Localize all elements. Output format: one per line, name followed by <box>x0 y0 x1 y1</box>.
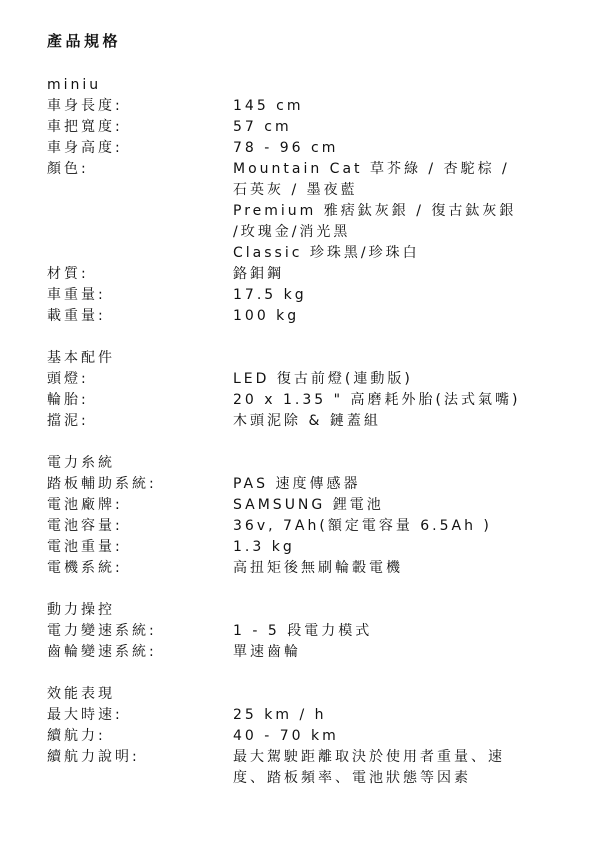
spec-value: 57 cm <box>233 117 573 138</box>
spec-row-fenders: 擋泥: 木頭泥除 & 鏈蓋組 <box>47 411 573 432</box>
spec-value: 145 cm <box>233 96 573 117</box>
page-title: 產品規格 <box>47 31 573 52</box>
spec-value: LED 復古前燈(連動版) <box>233 369 573 390</box>
spec-value: 木頭泥除 & 鏈蓋組 <box>233 411 573 432</box>
spec-label: 車把寬度: <box>47 117 233 138</box>
spec-row-tires: 輪胎: 20 x 1.35 " 高磨耗外胎(法式氣嘴) <box>47 390 573 411</box>
spec-label: 最大時速: <box>47 705 233 726</box>
spec-label: 齒輪變速系統: <box>47 642 233 663</box>
spec-value: Mountain Cat 草芥綠 / 杏駝棕 / 石英灰 / 墨夜藍 Premi… <box>233 159 573 264</box>
spec-label: 擋泥: <box>47 411 233 432</box>
spec-label: 載重量: <box>47 306 233 327</box>
spec-row-load-capacity: 載重量: 100 kg <box>47 306 573 327</box>
spec-value: 最大駕駛距離取決於使用者重量、速 度、踏板頻率、電池狀態等因素 <box>233 747 573 789</box>
section-heading-power-system: 電力糸統 <box>47 453 573 474</box>
spec-row-handlebar-width: 車把寬度: 57 cm <box>47 117 573 138</box>
spec-row-gear-shift: 齒輪變速系統: 單速齒輪 <box>47 642 573 663</box>
spec-row-material: 材質: 鉻鉬鋼 <box>47 264 573 285</box>
spec-row-headlight: 頭燈: LED 復古前燈(連動版) <box>47 369 573 390</box>
spec-row-motor-system: 電機系統: 高扭矩後無刷輪轂電機 <box>47 558 573 579</box>
spec-row-bike-weight: 車重量: 17.5 kg <box>47 285 573 306</box>
spec-value: 1.3 kg <box>233 537 573 558</box>
spec-value: SAMSUNG 鋰電池 <box>233 495 573 516</box>
section-heading-miniu: miniu <box>47 75 573 96</box>
spec-row-power-shift: 電力變速系統: 1 - 5 段電力模式 <box>47 621 573 642</box>
spec-value: PAS 速度傳感器 <box>233 474 573 495</box>
spec-value: 單速齒輪 <box>233 642 573 663</box>
spec-label: 踏板輔助系統: <box>47 474 233 495</box>
spec-label: 電池重量: <box>47 537 233 558</box>
spec-value: 1 - 5 段電力模式 <box>233 621 573 642</box>
spec-label: 續航力: <box>47 726 233 747</box>
spec-value: 17.5 kg <box>233 285 573 306</box>
spec-row-range: 續航力: 40 - 70 km <box>47 726 573 747</box>
spec-row-colors: 顏色: Mountain Cat 草芥綠 / 杏駝棕 / 石英灰 / 墨夜藍 P… <box>47 159 573 264</box>
spec-row-battery-brand: 電池廠牌: SAMSUNG 鋰電池 <box>47 495 573 516</box>
spec-row-body-height: 車身高度: 78 - 96 cm <box>47 138 573 159</box>
spec-label: 頭燈: <box>47 369 233 390</box>
spec-label: 電機系統: <box>47 558 233 579</box>
section-basic-accessories: 基本配件 頭燈: LED 復古前燈(連動版) 輪胎: 20 x 1.35 " 高… <box>47 348 573 432</box>
section-power-system: 電力糸統 踏板輔助系統: PAS 速度傳感器 電池廠牌: SAMSUNG 鋰電池… <box>47 453 573 579</box>
section-miniu: miniu 車身長度: 145 cm 車把寬度: 57 cm 車身高度: 78 … <box>47 75 573 327</box>
spec-label: 輪胎: <box>47 390 233 411</box>
spec-value: 20 x 1.35 " 高磨耗外胎(法式氣嘴) <box>233 390 573 411</box>
section-power-control: 動力操控 電力變速系統: 1 - 5 段電力模式 齒輪變速系統: 單速齒輪 <box>47 600 573 663</box>
spec-label: 材質: <box>47 264 233 285</box>
section-heading-power-control: 動力操控 <box>47 600 573 621</box>
spec-row-battery-capacity: 電池容量: 36v, 7Ah(額定電容量 6.5Ah ) <box>47 516 573 537</box>
section-performance: 效能表現 最大時速: 25 km / h 續航力: 40 - 70 km 續航力… <box>47 684 573 789</box>
spec-label: 電池廠牌: <box>47 495 233 516</box>
spec-value: 25 km / h <box>233 705 573 726</box>
spec-label: 顏色: <box>47 159 233 180</box>
spec-label: 車身長度: <box>47 96 233 117</box>
spec-value: 36v, 7Ah(額定電容量 6.5Ah ) <box>233 516 573 537</box>
spec-value: 40 - 70 km <box>233 726 573 747</box>
spec-label: 車重量: <box>47 285 233 306</box>
spec-label: 電池容量: <box>47 516 233 537</box>
spec-value: 78 - 96 cm <box>233 138 573 159</box>
spec-row-pedal-assist: 踏板輔助系統: PAS 速度傳感器 <box>47 474 573 495</box>
spec-label: 續航力說明: <box>47 747 233 768</box>
spec-value: 鉻鉬鋼 <box>233 264 573 285</box>
spec-row-range-note: 續航力說明: 最大駕駛距離取決於使用者重量、速 度、踏板頻率、電池狀態等因素 <box>47 747 573 789</box>
spec-value: 高扭矩後無刷輪轂電機 <box>233 558 573 579</box>
spec-label: 電力變速系統: <box>47 621 233 642</box>
spec-row-body-length: 車身長度: 145 cm <box>47 96 573 117</box>
section-heading-basic-accessories: 基本配件 <box>47 348 573 369</box>
spec-value: 100 kg <box>233 306 573 327</box>
spec-row-battery-weight: 電池重量: 1.3 kg <box>47 537 573 558</box>
section-heading-performance: 效能表現 <box>47 684 573 705</box>
spec-row-max-speed: 最大時速: 25 km / h <box>47 705 573 726</box>
spec-label: 車身高度: <box>47 138 233 159</box>
